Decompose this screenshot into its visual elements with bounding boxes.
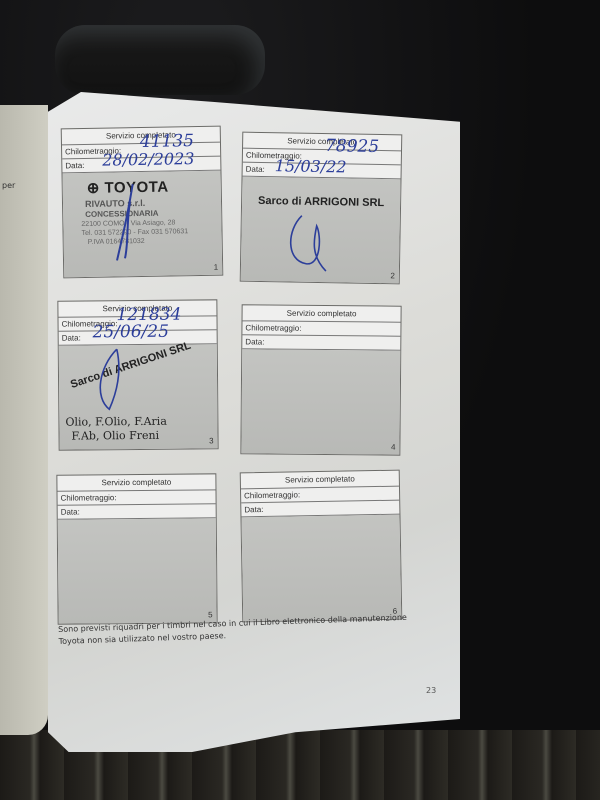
date-value: 15/03/22 xyxy=(275,159,347,173)
date-label: Data: xyxy=(61,507,80,516)
date-label: Data: xyxy=(65,161,84,170)
card-number: 1 xyxy=(214,263,219,272)
card-number: 2 xyxy=(390,271,395,280)
service-card-6: Servizio completato Chilometraggio: Data… xyxy=(240,470,403,623)
signature-icon xyxy=(108,182,149,263)
date-row: Data: xyxy=(242,335,400,350)
service-card-5: Servizio completato Chilometraggio: Data… xyxy=(56,473,217,624)
card-number: 4 xyxy=(391,443,396,452)
date-row: Data: xyxy=(58,504,216,519)
date-label: Data: xyxy=(246,165,265,174)
mileage-label: Chilometraggio: xyxy=(61,493,117,502)
service-card-1: Servizio completato Chilometraggio: 4113… xyxy=(61,126,224,279)
mileage-row: Chilometraggio: xyxy=(242,321,400,336)
card-number: 3 xyxy=(209,436,214,445)
page-number: 23 xyxy=(426,686,436,695)
stamp-area: Sarco di ARRIGONI SRL Olio, F.Olio, F.Ar… xyxy=(59,344,218,449)
stamp-area xyxy=(241,515,401,622)
service-card-2: Servizio completato Chilometraggio: 7892… xyxy=(240,132,403,285)
date-label: Data: xyxy=(62,333,81,342)
mileage-value: 41135 xyxy=(140,135,194,149)
left-page: per xyxy=(0,105,48,735)
date-label: Data: xyxy=(245,337,264,346)
left-page-text-fragment: per xyxy=(2,181,15,190)
mileage-label: Chilometraggio: xyxy=(245,323,301,332)
stamp-area: ⊕ TOYOTA RIVAUTO s.r.l. CONCESSIONARIA 2… xyxy=(62,171,222,278)
service-note: Olio, F.Olio, F.Aria xyxy=(65,415,167,429)
service-note: F.Ab, Olio Freni xyxy=(71,429,159,443)
stamp-area xyxy=(58,518,217,623)
mileage-value: 78925 xyxy=(325,140,379,154)
signature-icon xyxy=(89,347,130,417)
signature-icon xyxy=(281,205,342,276)
date-row: Data: 25/06/25 xyxy=(59,330,217,345)
card-title: Servizio completato xyxy=(243,305,401,322)
date-value: 28/02/2023 xyxy=(102,152,194,167)
date-label: Data: xyxy=(244,505,263,514)
seat-headrest xyxy=(55,25,265,95)
service-card-4: Servizio completato Chilometraggio: Data… xyxy=(240,304,401,455)
stamp-line: Sarco di ARRIGONI SRL xyxy=(69,340,192,391)
card-title: Servizio completato xyxy=(57,474,215,491)
stamp-area: Sarco di ARRIGONI SRL xyxy=(241,177,401,284)
date-value: 25/06/25 xyxy=(93,326,169,340)
mileage-value: 121834 xyxy=(116,309,181,323)
mileage-label: Chilometraggio: xyxy=(244,490,300,500)
stamp-area xyxy=(241,349,400,454)
service-card-3: Servizio completato Chilometraggio: 1218… xyxy=(57,299,218,450)
mileage-row: Chilometraggio: xyxy=(57,490,215,505)
